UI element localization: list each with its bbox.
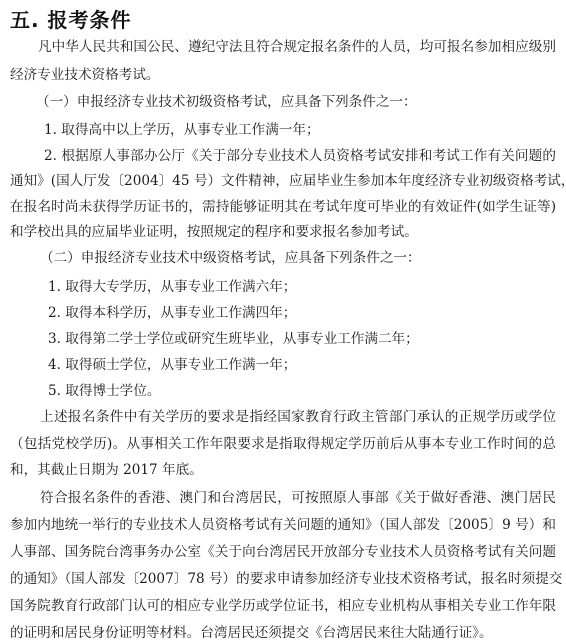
- intermediate-condition-5: 5. 取得博士学位。: [48, 382, 160, 400]
- hk-macao-taiwan-note-line: 人事部、国务院台湾事务办公室《关于向台湾居民开放部分专业技术人员资格考试有关问题: [10, 543, 556, 561]
- paragraph-intro-line: 经济专业技术资格考试。: [10, 66, 160, 84]
- intermediate-condition-4: 4. 取得硕士学位，从事专业工作满一年；: [48, 356, 296, 374]
- hk-macao-taiwan-note-line: 的通知》（国人部发〔2007〕78 号）的要求申请参加经济专业技术资格考试，报名…: [10, 570, 556, 588]
- junior-condition-2-line: 通知》(国人厅发〔2004〕45 号）文件精神，应届毕业生参加本年度经济专业初级…: [10, 172, 556, 190]
- subsection-junior-heading: （一）申报经济专业技术初级资格考试，应具备下列条件之一：: [36, 93, 417, 111]
- education-note-line: （包括党校学历)。从事相关工作年限要求是指取得规定学历前后从事本专业工作时间的总: [10, 435, 556, 453]
- junior-condition-2-line: 和学校出具的应届毕业证明，按照规定的程序和要求报名参加考试。: [10, 223, 418, 241]
- junior-condition-1: 1. 取得高中以上学历，从事专业工作满一年；: [44, 121, 320, 139]
- junior-condition-2-line: 2. 根据原人事部办公厅《关于部分专业技术人员资格考试安排和考试工作有关问题的: [44, 147, 556, 165]
- hk-macao-taiwan-note-line: 符合报名条件的香港、澳门和台湾居民，可按照原人事部《关于做好香港、澳门居民: [40, 489, 556, 507]
- section-heading: 五. 报考条件: [10, 4, 132, 33]
- subsection-intermediate-heading: （二）申报经济专业技术中级资格考试，应具备下列条件之一：: [40, 249, 421, 267]
- intermediate-condition-1: 1. 取得大专学历，从事专业工作满六年；: [48, 278, 296, 296]
- hk-macao-taiwan-note-line: 参加内地统一举行的专业技术人员资格考试有关问题的通知》（国人部发〔2005〕9 …: [10, 516, 556, 534]
- hk-macao-taiwan-note-line: 国务院教育行政部门认可的相应专业学历或学位证书，相应专业机构从事相关专业工作年限: [10, 597, 556, 615]
- intermediate-condition-3: 3. 取得第二学士学位或研究生班毕业，从事专业工作满二年；: [48, 330, 419, 348]
- junior-condition-2-line: 在报名时尚未获得学历证书的，需持能够证明其在考试年度可毕业的有效证件(如学生证等…: [10, 198, 556, 216]
- education-note-line: 和，其截止日期为 2017 年底。: [10, 461, 203, 479]
- paragraph-intro-line: 凡中华人民共和国公民、遵纪守法且符合规定报名条件的人员，均可报名参加相应级别: [38, 38, 556, 56]
- hk-macao-taiwan-note-line: 的证明和居民身份证明等材料。台湾居民还须提交《台湾居民来往大陆通行证》。: [10, 624, 493, 642]
- intermediate-condition-2: 2. 取得本科学历，从事专业工作满四年；: [48, 304, 296, 322]
- education-note-line: 上述报名条件中有关学历的要求是指经国家教育行政主管部门承认的正规学历或学位: [40, 408, 556, 426]
